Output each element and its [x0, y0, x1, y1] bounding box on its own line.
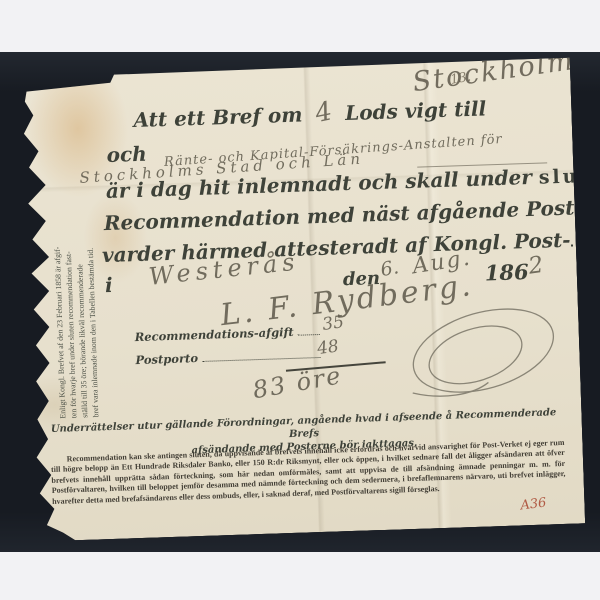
handwritten-weight: 4 [313, 96, 335, 129]
dotted-leader [202, 357, 320, 362]
fee-value-recommendation: 35 [321, 312, 345, 335]
fee-value-postage: 48 [316, 336, 340, 359]
fee-row-recommendation: Recommendations-afgift [134, 324, 319, 344]
form-line-1: Att ett Bref om 4 Lods vigt till [133, 92, 487, 134]
printed-year: 186 [484, 259, 529, 285]
fee-total: 83 öre [251, 361, 345, 404]
printed-text: Lods vigt till [345, 96, 487, 125]
archive-code: A36 [520, 496, 548, 514]
signature-flourish [400, 296, 568, 406]
dotted-leader [298, 334, 320, 336]
fee-label: Recommendations-afgift [134, 325, 293, 344]
printed-text: och [106, 142, 147, 167]
fee-row-postage: Postporto [135, 347, 320, 367]
printed-text: Att ett Bref om [133, 102, 303, 132]
postal-receipt-paper: Enligt Kongl. Brefvet af den 23 Februari… [14, 58, 585, 542]
handwritten-year-digit: 2 [527, 252, 545, 280]
photo-of-document: Enligt Kongl. Brefvet af den 23 Februari… [0, 0, 600, 600]
margin-regulation-note: Enligt Kongl. Brefvet af den 23 Februari… [49, 165, 101, 418]
fee-label: Postporto [135, 351, 198, 367]
printed-i: i [105, 273, 113, 297]
